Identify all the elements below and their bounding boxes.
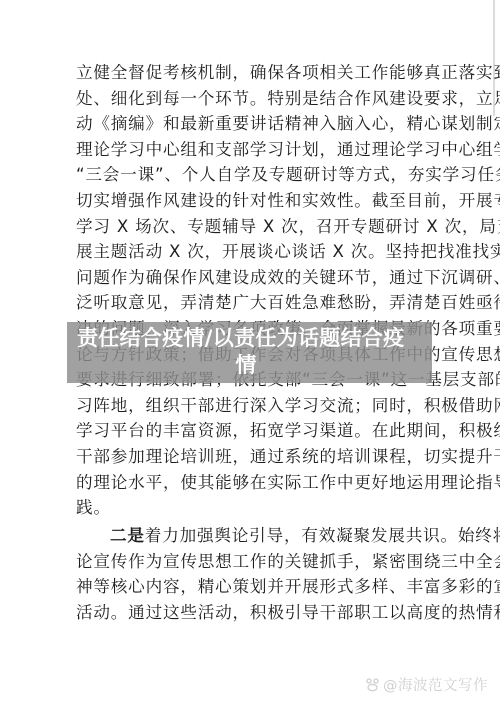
paragraph-2-text: 着力加强舆论引导，有效凝聚发展共识。始终将舆 <box>145 526 500 545</box>
text-line: 学习平台的丰富资源，拓宽学习渠道。在此期间，积极组织 <box>76 418 428 444</box>
text-line: 践。 <box>76 495 428 521</box>
text-line: 动《摘编》和最新重要讲话精神入脑入心，精心谋划制定局 <box>76 111 428 137</box>
document-page: 立健全督促考核机制，确保各项相关工作能够真正落实到实 处、细化到每一个环节。特别… <box>0 0 500 706</box>
text-line: 干部参加理论培训班，通过系统的培训课程，切实提升干部 <box>76 444 428 470</box>
text-line: 论宣传作为宣传思想工作的关键抓手，紧密围绕三中全会精 <box>76 549 428 575</box>
text-line: 问题作为确保作风建设成效的关键环节，通过下沉调研、广 <box>76 265 428 291</box>
text-line: 理论学习中心组和支部学习计划，通过理论学习中心组学习、 <box>76 137 428 163</box>
overlay-title: 责任结合疫情/以责任为话题结合疫 情 <box>77 325 427 379</box>
paragraph-lead: 二是 <box>110 526 145 545</box>
text-line: 立健全督促考核机制，确保各项相关工作能够真正落实到实 <box>76 60 428 86</box>
text-line: 的理论水平，使其能够在实际工作中更好地运用理论指导实 <box>76 470 428 496</box>
text-line: 习阵地，组织干部进行深入学习交流；同时，积极借助网络 <box>76 393 428 419</box>
text-line: “三会一课”、个人自学及专题研讨等方式，夯实学习任务， <box>76 162 428 188</box>
watermark: @海波范文写作 <box>365 675 488 693</box>
text-line: 学习 X 场次、专题辅导 X 次，召开专题研讨 X 次，局支部开 <box>76 214 428 240</box>
text-line: 泛听取意见，弄清楚广大百姓急难愁盼，弄清楚百姓亟待解 <box>76 290 428 316</box>
text-line: 神等核心内容，精心策划并开展形式多样、丰富多彩的宣传 <box>76 574 428 600</box>
watermark-text: @海波范文写作 <box>383 674 488 695</box>
text-line: 展主题活动 X 次，开展谈心谈话 X 次。坚持把找准找实存在 <box>76 239 428 265</box>
paw-icon <box>365 677 380 692</box>
text-line: 处、细化到每一个环节。特别是结合作风建设要求，立足推 <box>76 86 428 112</box>
overlay-title-line-1: 责任结合疫情/以责任为话题结合疫 <box>77 326 404 350</box>
text-line: 活动。通过这些活动，积极引导干部职工以高度的热情和关 <box>76 600 428 626</box>
paragraph-2-first-line: 二是着力加强舆论引导，有效凝聚发展共识。始终将舆 <box>76 523 428 549</box>
text-line: 切实增强作风建设的针对性和实效性。截至目前，开展专题 <box>76 188 428 214</box>
overlay-title-line-2: 情 <box>77 352 427 379</box>
title-overlay-banner: 责任结合疫情/以责任为话题结合疫 情 <box>67 322 432 383</box>
